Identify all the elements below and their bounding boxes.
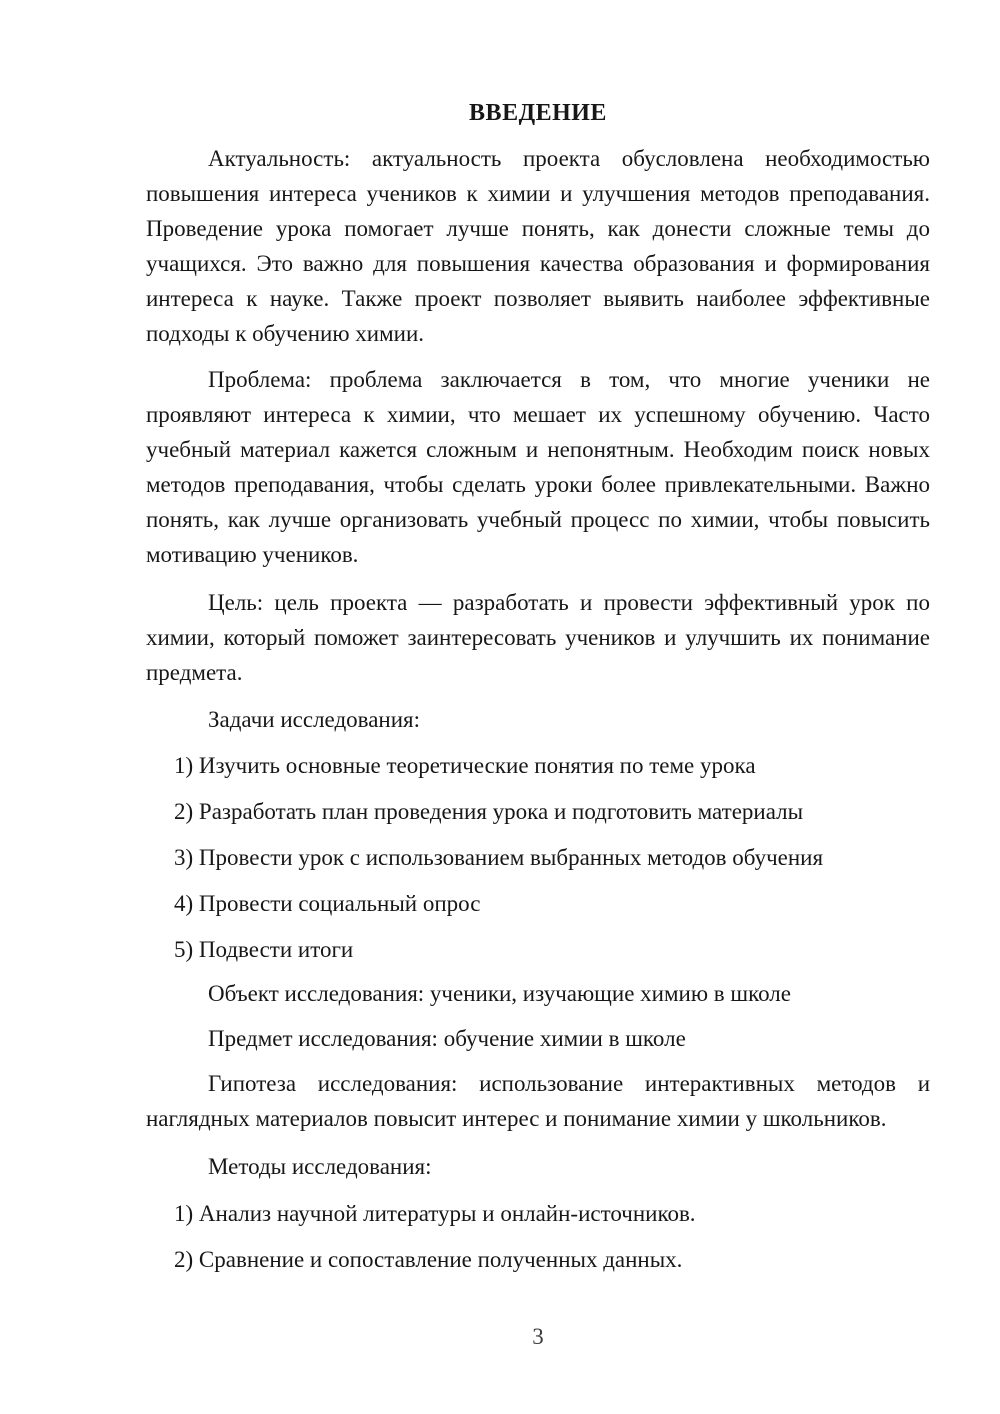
method-item-1: 1) Анализ научной литературы и онлайн-ис… (146, 1196, 930, 1231)
methods-heading: Методы исследования: (146, 1149, 930, 1184)
page-number: 3 (146, 1322, 930, 1352)
tasks-heading: Задачи исследования: (146, 702, 930, 737)
task-item-5: 5) Подвести итоги (146, 932, 930, 967)
paragraph-goal: Цель: цель проекта — разработать и прове… (146, 585, 930, 690)
object-paragraph: Объект исследования: ученики, изучающие … (146, 976, 930, 1011)
paragraph-relevance: Актуальность: актуальность проекта обусл… (146, 141, 930, 351)
task-item-2: 2) Разработать план проведения урока и п… (146, 794, 930, 829)
document-content: ВВЕДЕНИЕ Актуальность: актуальность прое… (146, 0, 930, 1277)
methods-list: 1) Анализ научной литературы и онлайн-ис… (146, 1196, 930, 1277)
task-item-3: 3) Провести урок с использованием выбран… (146, 840, 930, 875)
page-title: ВВЕДЕНИЕ (146, 0, 930, 131)
subject-paragraph: Предмет исследования: обучение химии в ш… (146, 1021, 930, 1056)
paragraph-problem: Проблема: проблема заключается в том, чт… (146, 362, 930, 572)
task-item-1: 1) Изучить основные теоретические поняти… (146, 748, 930, 783)
method-item-2: 2) Сравнение и сопоставление полученных … (146, 1242, 930, 1277)
hypothesis-paragraph: Гипотеза исследования: использование инт… (146, 1066, 930, 1136)
document-page: ВВЕДЕНИЕ Актуальность: актуальность прое… (0, 0, 1000, 1414)
task-item-4: 4) Провести социальный опрос (146, 886, 930, 921)
tasks-list: 1) Изучить основные теоретические поняти… (146, 748, 930, 967)
